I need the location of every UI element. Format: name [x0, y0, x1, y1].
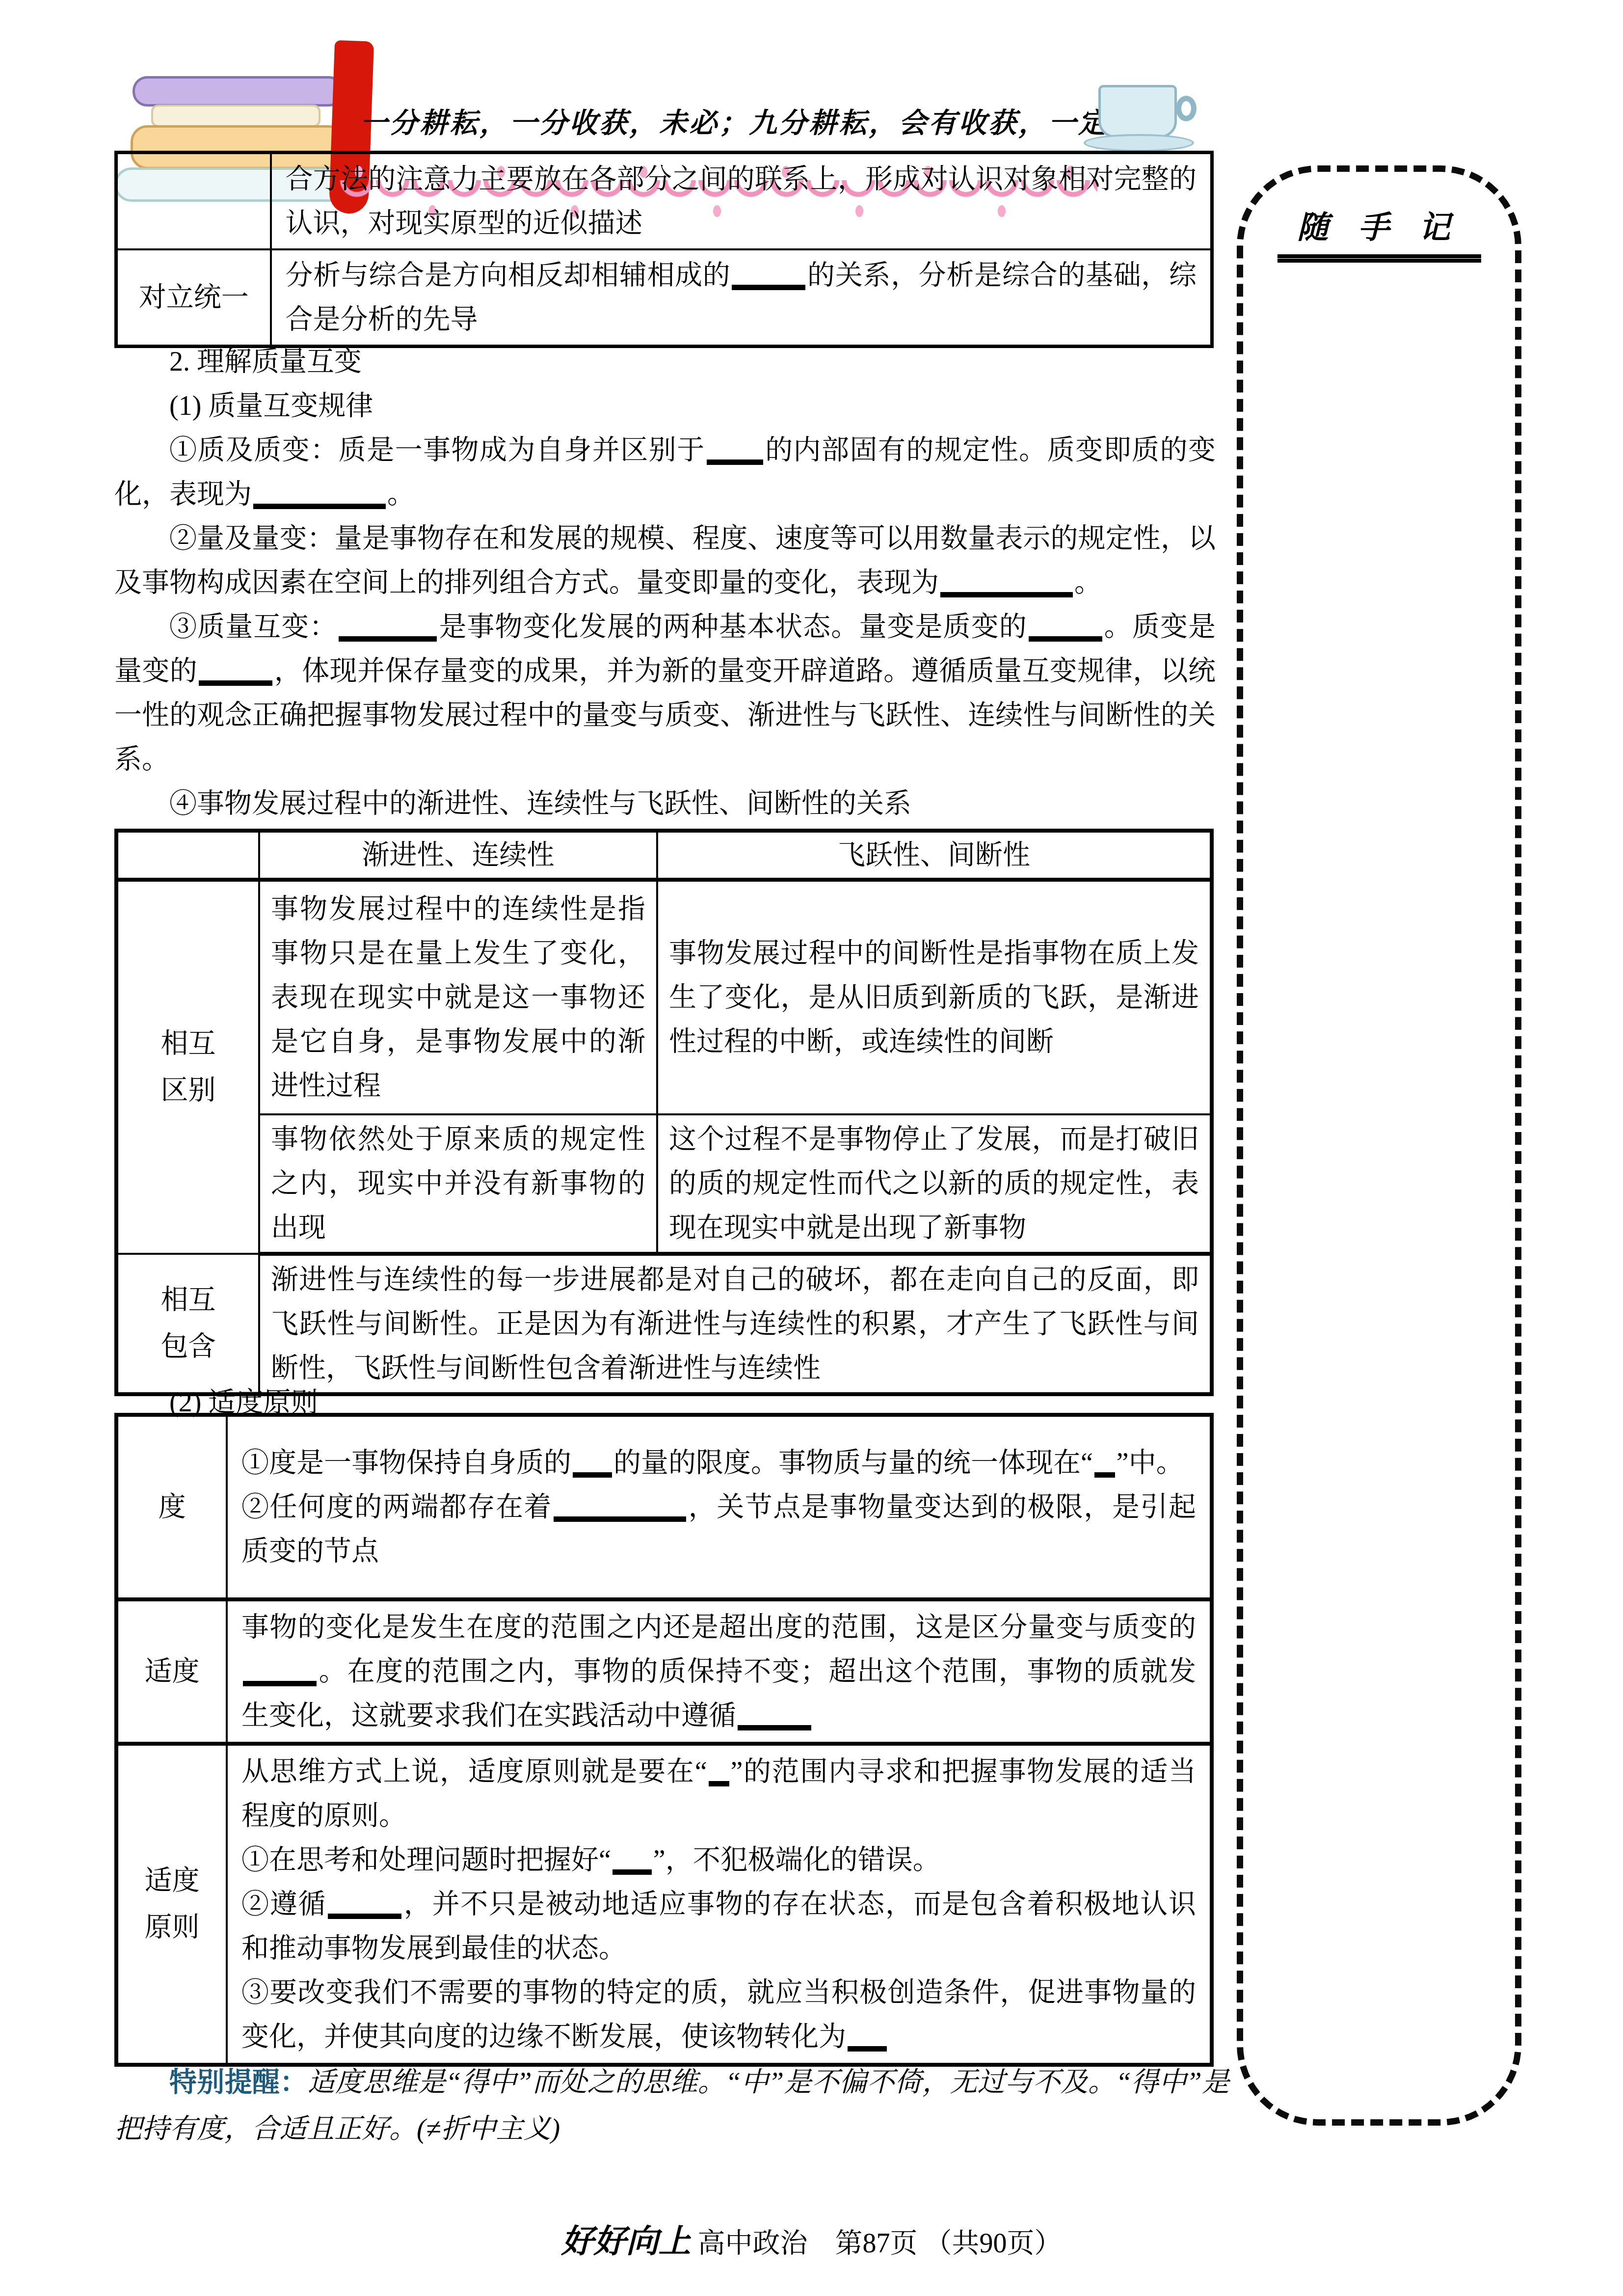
table-row: 事物依然处于原来质的规定性之内，现实中并没有新事物的出现 这个过程不是事物停止了…	[116, 1114, 1212, 1254]
row-label	[116, 153, 271, 250]
text-segment: ③要改变我们不需要的事物的特定的质，就应当积极创造条件，促进事物量的变化，并使其…	[241, 1977, 1196, 2052]
cell-paragraph: ①在思考和处理问题时把握好“”，不犯极端化的错误。	[241, 1838, 1196, 1882]
fill-in-blank	[940, 587, 1073, 597]
text-segment: 。在度的范围之内，事物的质保持不变；超出这个范围，事物的质就发生变化，这就要求我…	[241, 1656, 1196, 1731]
table-cell: 合方法的注意力主要放在各部分之间的联系上，形成对认识对象相对完整的认识，对现实原…	[271, 153, 1212, 250]
text-segment: ，体现并保存量变的成果，并为新的量变开辟道路。遵循质量互变规律，以统一性的观念正…	[114, 656, 1216, 775]
text-segment: 。	[387, 479, 415, 510]
table-row: 合方法的注意力主要放在各部分之间的联系上，形成对认识对象相对完整的认识，对现实原…	[116, 153, 1212, 250]
text-segment: 从思维方式上说，适度原则就是要在“	[241, 1756, 707, 1787]
table-row: 相互包含 渐进性与连续性的每一步进展都是对自己的破坏，都在走向自己的反面，即飞跃…	[116, 1254, 1212, 1394]
moderation-table: 度 ①度是一事物保持自身质的的量的限度。事物质与量的统一体现在“”中。 ②任何度…	[114, 1413, 1214, 2067]
paragraph-quantity: ②量及量变：量是事物存在和发展的规模、程度、速度等可以用数量表示的规定性，以及事…	[114, 516, 1216, 605]
fill-in-blank	[328, 1909, 401, 1919]
row-label: 对立统一	[116, 249, 271, 347]
notes-box: 随 手 记	[1237, 165, 1521, 2126]
table-cell: 事物依然处于原来质的规定性之内，现实中并没有新事物的出现	[259, 1114, 657, 1254]
table-row: 适度 事物的变化是发生在度的范围之内还是超出度的范围，这是区分量变与质变的。在度…	[116, 1599, 1212, 1744]
table-cell: 事物发展过程中的连续性是指事物只是在量上发生了变化，表现在现实中就是这一事物还是…	[259, 880, 657, 1114]
book-stack-icon	[151, 105, 320, 127]
text-segment: 的量的限度。事物质与量的统一体现在“	[613, 1448, 1093, 1478]
banner-slogan: 一分耕耘，一分收获，未必；九分耕耘，会有收获，一定!	[360, 101, 1096, 141]
text-segment: ①质及质变：质是一事物成为自身并区别于	[169, 435, 705, 465]
header-banner: 一分耕耘，一分收获，未必；九分耕耘，会有收获，一定!	[114, 27, 1214, 155]
text-segment: 。	[1074, 567, 1102, 598]
teacup-saucer	[1084, 134, 1194, 152]
text-segment: ②任何度的两端都存在着	[241, 1492, 552, 1522]
fill-in-blank	[554, 1512, 686, 1522]
paragraph-quality: ①质及质变：质是一事物成为自身并区别于的内部固有的规定性。质变即质的变化，表现为…	[114, 428, 1216, 516]
row-label: 相互区别	[116, 880, 259, 1254]
text-segment: 事物的变化是发生在度的范围之内还是超出度的范围，这是区分量变与质变的	[241, 1612, 1196, 1643]
text-segment: ①在思考和处理问题时把握好“	[241, 1845, 611, 1875]
fill-in-blank	[612, 1864, 652, 1875]
cell-paragraph: ②遵循，并不只是被动地适应事物的存在状态，而是包含着积极地认识和推动事物发展到最…	[241, 1882, 1196, 1971]
section-heading: 2. 理解质量互变	[114, 340, 1216, 384]
table-cell: 事物发展过程中的间断性是指事物在质上发生了变化，是从旧质到新质的飞跃，是渐进性过…	[657, 880, 1212, 1114]
section-body: 2. 理解质量互变 (1) 质量互变规律 ①质及质变：质是一事物成为自身并区别于…	[114, 340, 1216, 826]
row-label-text: 适度原则	[145, 1858, 200, 1951]
column-header: 飞跃性、间断性	[657, 831, 1212, 880]
teacup-body	[1098, 85, 1177, 138]
teacup-handle	[1176, 96, 1197, 121]
page-footer: 好好向上高中政治 第87页 （共90页）	[0, 2215, 1623, 2262]
reminder-label: 特别提醒：	[169, 2067, 308, 2098]
row-label: 适度	[116, 1599, 227, 1744]
cell-paragraph: ②任何度的两端都存在着，关节点是事物量变达到的极限，是引起质变的节点	[241, 1485, 1196, 1573]
text-segment: ，并不只是被动地适应事物的存在状态，而是包含着积极地认识和推动事物发展到最佳的状…	[241, 1889, 1196, 1964]
table-cell: 这个过程不是事物停止了发展，而是打破旧的质的规定性而代之以新的质的规定性，表现在…	[657, 1114, 1212, 1254]
fill-in-blank	[707, 455, 763, 465]
text-segment: ”，不犯极端化的错误。	[653, 1845, 940, 1875]
subsection-heading: (1) 质量互变规律	[114, 384, 1216, 428]
fill-in-blank	[199, 675, 272, 686]
table-cell: 从思维方式上说，适度原则就是要在“”的范围内寻求和把握事物发展的适当程度的原则。…	[227, 1744, 1212, 2065]
notes-box-title: 随 手 记	[1243, 202, 1515, 247]
row-label: 相互包含	[116, 1254, 259, 1394]
table-header-row: 渐进性、连续性 飞跃性、间断性	[116, 831, 1212, 880]
fill-in-blank	[1029, 631, 1102, 642]
cell-text: 分析与综合是方向相反却相辅相成的	[286, 260, 731, 291]
fill-in-blank	[732, 280, 805, 290]
analysis-synthesis-table: 合方法的注意力主要放在各部分之间的联系上，形成对认识对象相对完整的认识，对现实原…	[114, 151, 1214, 348]
special-reminder: 特别提醒：适度思维是“得中”而处之的思维。“中”是不偏不倚，无过与不及。“得中”…	[114, 2059, 1229, 2153]
text-segment: ③质量互变：	[169, 612, 337, 642]
footer-text: 高中政治 第87页 （共90页）	[698, 2228, 1062, 2259]
table-row: 适度原则 从思维方式上说，适度原则就是要在“”的范围内寻求和把握事物发展的适当程…	[116, 1744, 1212, 2065]
table-cell: 事物的变化是发生在度的范围之内还是超出度的范围，这是区分量变与质变的。在度的范围…	[227, 1599, 1212, 1744]
paragraph-mutual-change: ③质量互变：是事物变化发展的两种基本状态。量变是质变的。质变是量变的，体现并保存…	[114, 605, 1216, 782]
table-row: 度 ①度是一事物保持自身质的的量的限度。事物质与量的统一体现在“”中。 ②任何度…	[116, 1415, 1212, 1599]
table-cell: 渐进性与连续性的每一步进展都是对自己的破坏，都在走向自己的反面，即飞跃性与间断性…	[259, 1254, 1212, 1394]
notes-title-underline	[1277, 254, 1481, 263]
column-header: 渐进性、连续性	[259, 831, 657, 880]
fill-in-blank	[738, 1720, 811, 1730]
row-label-text: 相互包含	[161, 1277, 216, 1370]
text-segment: 是事物变化发展的两种基本状态。量变是质变的	[438, 612, 1027, 642]
fill-in-blank	[253, 499, 386, 509]
table-cell: 分析与综合是方向相反却相辅相成的的关系，分析是综合的基础，综合是分析的先导	[271, 249, 1212, 347]
row-label: 适度原则	[116, 1744, 227, 2065]
fill-in-blank	[1094, 1467, 1115, 1478]
table-row: 相互区别 事物发展过程中的连续性是指事物只是在量上发生了变化，表现在现实中就是这…	[116, 880, 1212, 1114]
book-stack-icon	[133, 76, 344, 107]
fill-in-blank	[339, 631, 437, 642]
row-label: 度	[116, 1415, 227, 1599]
row-label-text: 适度	[145, 1648, 200, 1695]
cell-paragraph: 从思维方式上说，适度原则就是要在“”的范围内寻求和把握事物发展的适当程度的原则。	[241, 1750, 1196, 1838]
fill-in-blank	[573, 1467, 612, 1478]
corner-cell	[116, 831, 259, 880]
cell-paragraph: 事物的变化是发生在度的范围之内还是超出度的范围，这是区分量变与质变的。在度的范围…	[241, 1605, 1196, 1738]
fill-in-blank	[709, 1776, 729, 1786]
fill-in-blank	[243, 1676, 317, 1686]
table-row: 对立统一 分析与综合是方向相反却相辅相成的的关系，分析是综合的基础，综合是分析的…	[116, 249, 1212, 347]
cell-paragraph: ①度是一事物保持自身质的的量的限度。事物质与量的统一体现在“”中。	[241, 1441, 1196, 1485]
fill-in-blank	[848, 2041, 887, 2052]
subsection-heading: ④事物发展过程中的渐进性、连续性与飞跃性、间断性的关系	[114, 782, 1216, 826]
continuity-leap-table: 渐进性、连续性 飞跃性、间断性 相互区别 事物发展过程中的连续性是指事物只是在量…	[114, 829, 1214, 1396]
row-label-text: 相互区别	[161, 1021, 216, 1114]
table-cell: ①度是一事物保持自身质的的量的限度。事物质与量的统一体现在“”中。 ②任何度的两…	[227, 1415, 1212, 1599]
row-label-text: 度	[145, 1484, 200, 1531]
teacup-icon	[1089, 85, 1211, 156]
text-segment: ①度是一事物保持自身质的	[241, 1448, 571, 1478]
cell-paragraph: ③要改变我们不需要的事物的特定的质，就应当积极创造条件，促进事物量的变化，并使其…	[241, 1971, 1196, 2059]
text-segment: ②遵循	[241, 1889, 326, 1919]
text-segment: ”中。	[1117, 1448, 1184, 1478]
brand-logo: 好好向上	[561, 2224, 691, 2260]
